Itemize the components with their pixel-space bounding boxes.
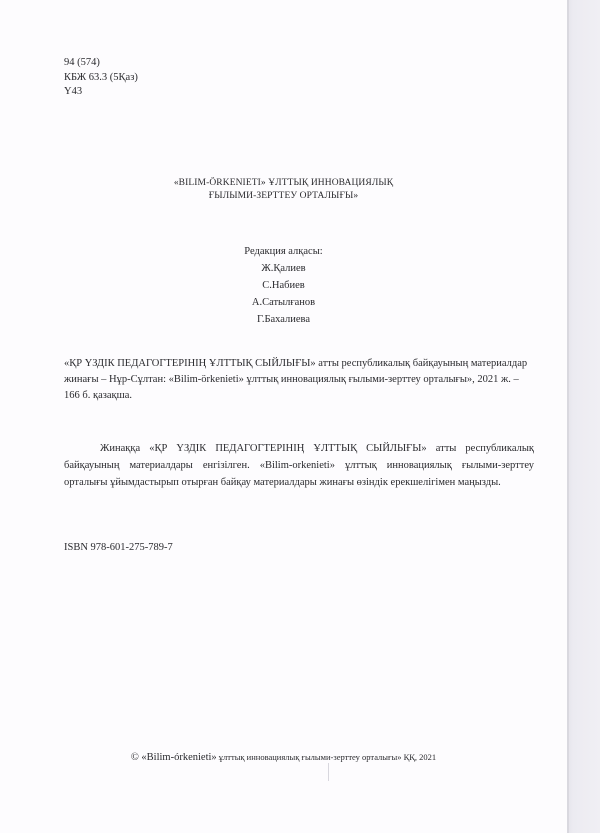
annotation-paragraph: Жинаққа «ҚР ҮЗДІК ПЕДАГОГТЕРІНІҢ ҰЛТТЫҚ … bbox=[64, 440, 534, 491]
editorial-board-member: С.Набиев bbox=[0, 277, 567, 294]
document-page: 94 (574) КБЖ 63.3 (5Қаз) Ү43 «BILIM-ÖRKE… bbox=[0, 0, 567, 833]
editorial-board-member: Ж.Қалиев bbox=[0, 260, 567, 277]
scan-mark bbox=[328, 763, 329, 781]
isbn-number: ISBN 978-601-275-789-7 bbox=[64, 541, 173, 555]
bibliographic-citation: «ҚР ҮЗДІК ПЕДАГОГТЕРІНІҢ ҰЛТТЫҚ СЫЙЛЫҒЫ»… bbox=[64, 356, 534, 404]
organization-title-line2: ҒЫЛЫМИ-ЗЕРТТЕУ ОРТАЛЫҒЫ» bbox=[0, 190, 567, 203]
editorial-board-member: А.Сатылғанов bbox=[0, 294, 567, 311]
bbk-code: КБЖ 63.3 (5Қаз) bbox=[64, 71, 138, 86]
editorial-board-member: Г.Бахалиева bbox=[0, 311, 567, 328]
organization-title: «BILIM-ÖRKENIETI» ҰЛТТЫҚ ИННОВАЦИЯЛЫҚ ҒЫ… bbox=[0, 177, 567, 203]
classification-block: 94 (574) КБЖ 63.3 (5Қаз) Ү43 bbox=[64, 56, 138, 100]
editorial-board: Редакция алқасы: Ж.Қалиев С.Набиев А.Сат… bbox=[0, 243, 567, 328]
editorial-board-members: Ж.Қалиев С.Набиев А.Сатылғанов Г.Бахалие… bbox=[0, 260, 567, 328]
copyright-brand: © «Bilim-órkenieti» bbox=[131, 752, 217, 763]
organization-title-line1: «BILIM-ÖRKENIETI» ҰЛТТЫҚ ИННОВАЦИЯЛЫҚ bbox=[0, 177, 567, 190]
scan-edge-shadow bbox=[567, 0, 569, 833]
udc-code: 94 (574) bbox=[64, 56, 138, 71]
author-mark: Ү43 bbox=[64, 85, 138, 100]
copyright-line: © «Bilim-órkenieti» ұлттық инновациялық … bbox=[0, 751, 567, 764]
scan-edge-strip bbox=[567, 0, 600, 833]
copyright-rest: ұлттық инновациялық ғылыми-зерттеу ортал… bbox=[217, 752, 437, 762]
editorial-board-heading: Редакция алқасы: bbox=[0, 243, 567, 260]
